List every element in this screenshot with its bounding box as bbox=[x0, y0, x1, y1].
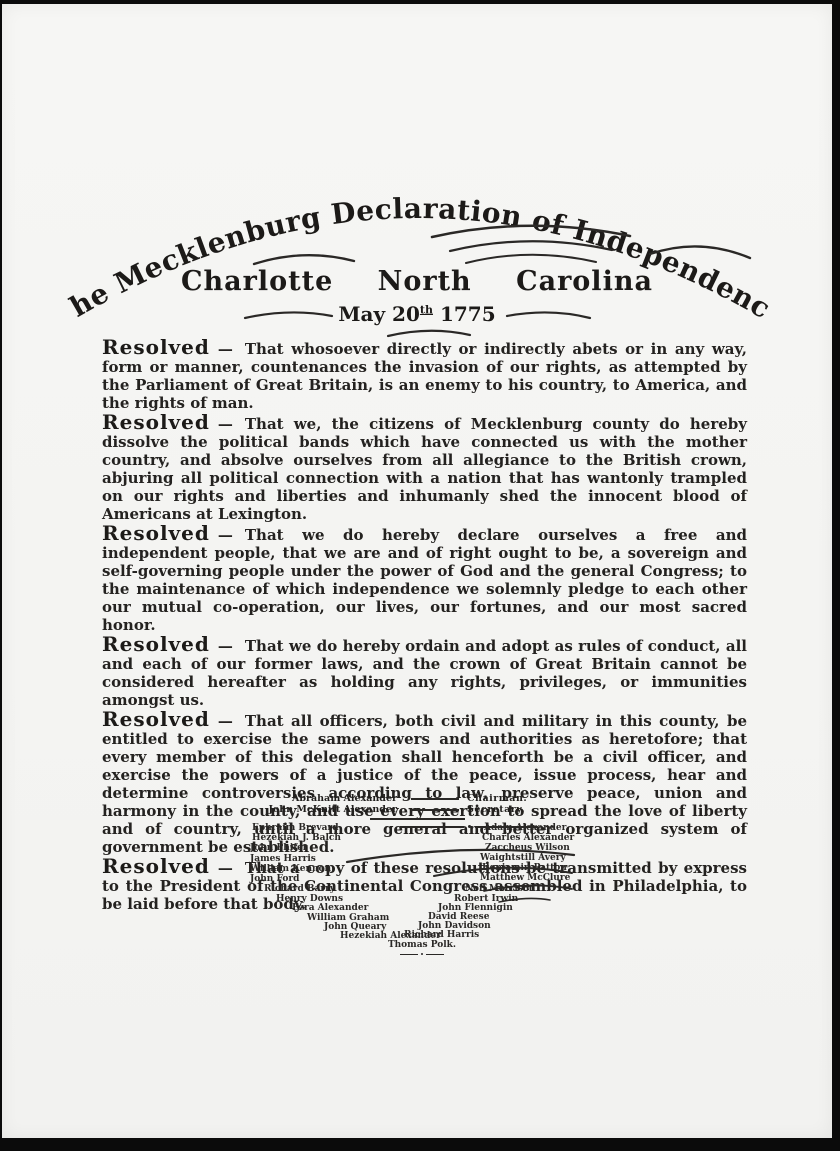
signer-name-center: Thomas Polk. bbox=[342, 940, 502, 950]
officer-role: Secretary. bbox=[467, 804, 557, 815]
lead-dash: — bbox=[210, 859, 245, 877]
resolved-lead: Resolved bbox=[102, 521, 210, 545]
officer-name: John McKnitt Alexander bbox=[237, 804, 397, 815]
date-month-day: May 20 bbox=[338, 302, 420, 326]
lead-dash: — bbox=[210, 526, 245, 544]
signature-rule bbox=[411, 798, 459, 800]
rule-segment bbox=[400, 954, 418, 955]
date-ordinal-suffix: th bbox=[420, 303, 433, 316]
officer-role: Chairman. bbox=[467, 793, 557, 804]
signer-name: William Kennon bbox=[250, 864, 331, 874]
resolution-paragraph: Resolved—That whosoever directly or indi… bbox=[102, 338, 747, 412]
resolution-paragraph: Resolved—That we do hereby ordain and ad… bbox=[102, 635, 747, 709]
signer-name: James Harris bbox=[250, 854, 316, 864]
rule-dot bbox=[468, 825, 471, 828]
signer-name: Neil Morrison bbox=[465, 884, 535, 894]
resolution-text: That all officers, both civil and milita… bbox=[102, 712, 747, 856]
subtitle-location: Charlotte North Carolina bbox=[2, 266, 832, 297]
officer-row: Abraham Alexander Chairman. bbox=[237, 793, 567, 804]
resolved-lead: Resolved bbox=[102, 854, 210, 878]
signature-rule bbox=[411, 809, 459, 811]
signer-name: Benjamin Patton bbox=[482, 863, 567, 873]
date-line: May 20th 1775 bbox=[2, 302, 832, 326]
resolution-paragraph: Resolved—That all officers, both civil a… bbox=[102, 710, 747, 856]
lead-dash: — bbox=[210, 415, 245, 433]
photo-frame: The Mecklenburg Declaration of Independe… bbox=[0, 0, 840, 1151]
signer-name: Adam Alexander bbox=[484, 823, 566, 833]
lead-dash: — bbox=[210, 712, 245, 730]
lead-dash: — bbox=[210, 340, 245, 358]
resolved-lead: Resolved bbox=[102, 335, 210, 359]
signer-name: Waightstill Avery bbox=[480, 853, 566, 863]
resolution-paragraph: Resolved—That we, the citizens of Meckle… bbox=[102, 413, 747, 523]
signer-name: Richard Barry bbox=[264, 884, 335, 894]
signature-divider-rule bbox=[370, 818, 465, 820]
resolved-lead: Resolved bbox=[102, 410, 210, 434]
officers-block: Abraham Alexander Chairman. John McKnitt… bbox=[237, 793, 567, 815]
signer-name: Zaccheus Wilson bbox=[485, 843, 570, 853]
signer-name: John Ford bbox=[250, 874, 299, 884]
resolved-lead: Resolved bbox=[102, 707, 210, 731]
signer-name: Charles Alexander bbox=[482, 833, 574, 843]
officer-row: John McKnitt Alexander Secretary. bbox=[237, 804, 567, 815]
resolution-paragraph: Resolved—That we do hereby declare ourse… bbox=[102, 524, 747, 634]
lead-dash: — bbox=[210, 637, 245, 655]
closing-flourish-rule bbox=[400, 953, 444, 955]
document-page: The Mecklenburg Declaration of Independe… bbox=[2, 4, 832, 1138]
rule-segment bbox=[426, 954, 444, 955]
signer-name: Ezra Alexander bbox=[292, 903, 368, 913]
signer-name: John Phifer bbox=[250, 843, 308, 853]
resolved-lead: Resolved bbox=[102, 632, 210, 656]
signer-name: Ephraim Brevard bbox=[252, 823, 339, 833]
rule-dot bbox=[421, 953, 423, 955]
signer-name: Richard Harris bbox=[404, 930, 479, 940]
officer-name: Abraham Alexander bbox=[237, 793, 397, 804]
signer-name: Matthew McClure bbox=[480, 873, 570, 883]
signer-name: Hezekiah J. Balch bbox=[252, 833, 341, 843]
resolution-paragraph: Resolved—That a copy of these resolution… bbox=[102, 857, 747, 913]
rule-segment bbox=[400, 826, 464, 828]
date-year: 1775 bbox=[440, 302, 496, 326]
